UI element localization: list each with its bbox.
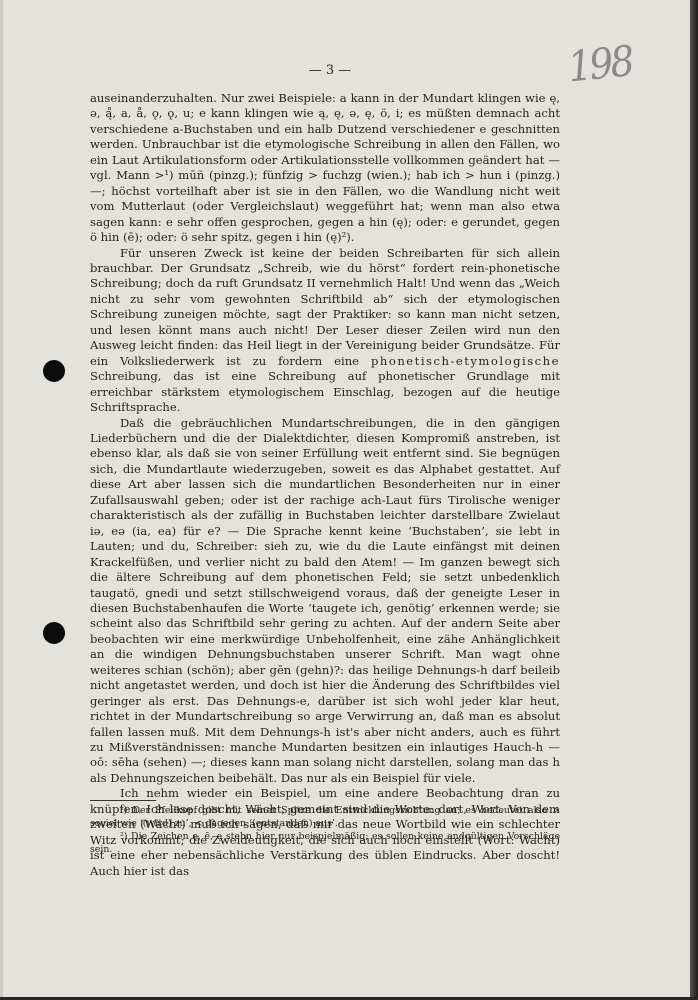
paragraph: auseinanderzuhalten. Nur zwei Beispiele:…	[90, 91, 560, 246]
footnote: ²) Die Zeichen ę, ē, ę stehn hier nur be…	[90, 830, 560, 856]
footnote: ¹) Der Pfeilkopf gibt mit seiner Spitze …	[90, 804, 560, 830]
footnote-divider	[90, 800, 156, 801]
paragraph: Daß die gebräuchlichen Mundartschreibung…	[90, 416, 560, 787]
paragraph-text: Für unseren Zweck ist keine der beiden S…	[90, 246, 560, 368]
emphasized-term: phonetisch-etymologische	[371, 354, 560, 368]
punch-hole-icon	[43, 622, 65, 644]
document-page: — 3 — 198 auseinanderzuhalten. Nur zwei …	[0, 0, 690, 997]
punch-hole-icon	[43, 360, 65, 382]
paragraph-text: Schreibung, das ist eine Schreibung auf …	[90, 369, 560, 414]
footnotes: ¹) Der Pfeilkopf gibt mit seiner Spitze …	[90, 804, 560, 856]
scan-edge	[690, 0, 698, 1000]
page-number: — 3 —	[3, 63, 657, 78]
handwritten-folio-number: 198	[566, 37, 634, 92]
main-text: auseinanderzuhalten. Nur zwei Beispiele:…	[90, 91, 560, 879]
paragraph: Für unseren Zweck ist keine der beiden S…	[90, 246, 560, 416]
